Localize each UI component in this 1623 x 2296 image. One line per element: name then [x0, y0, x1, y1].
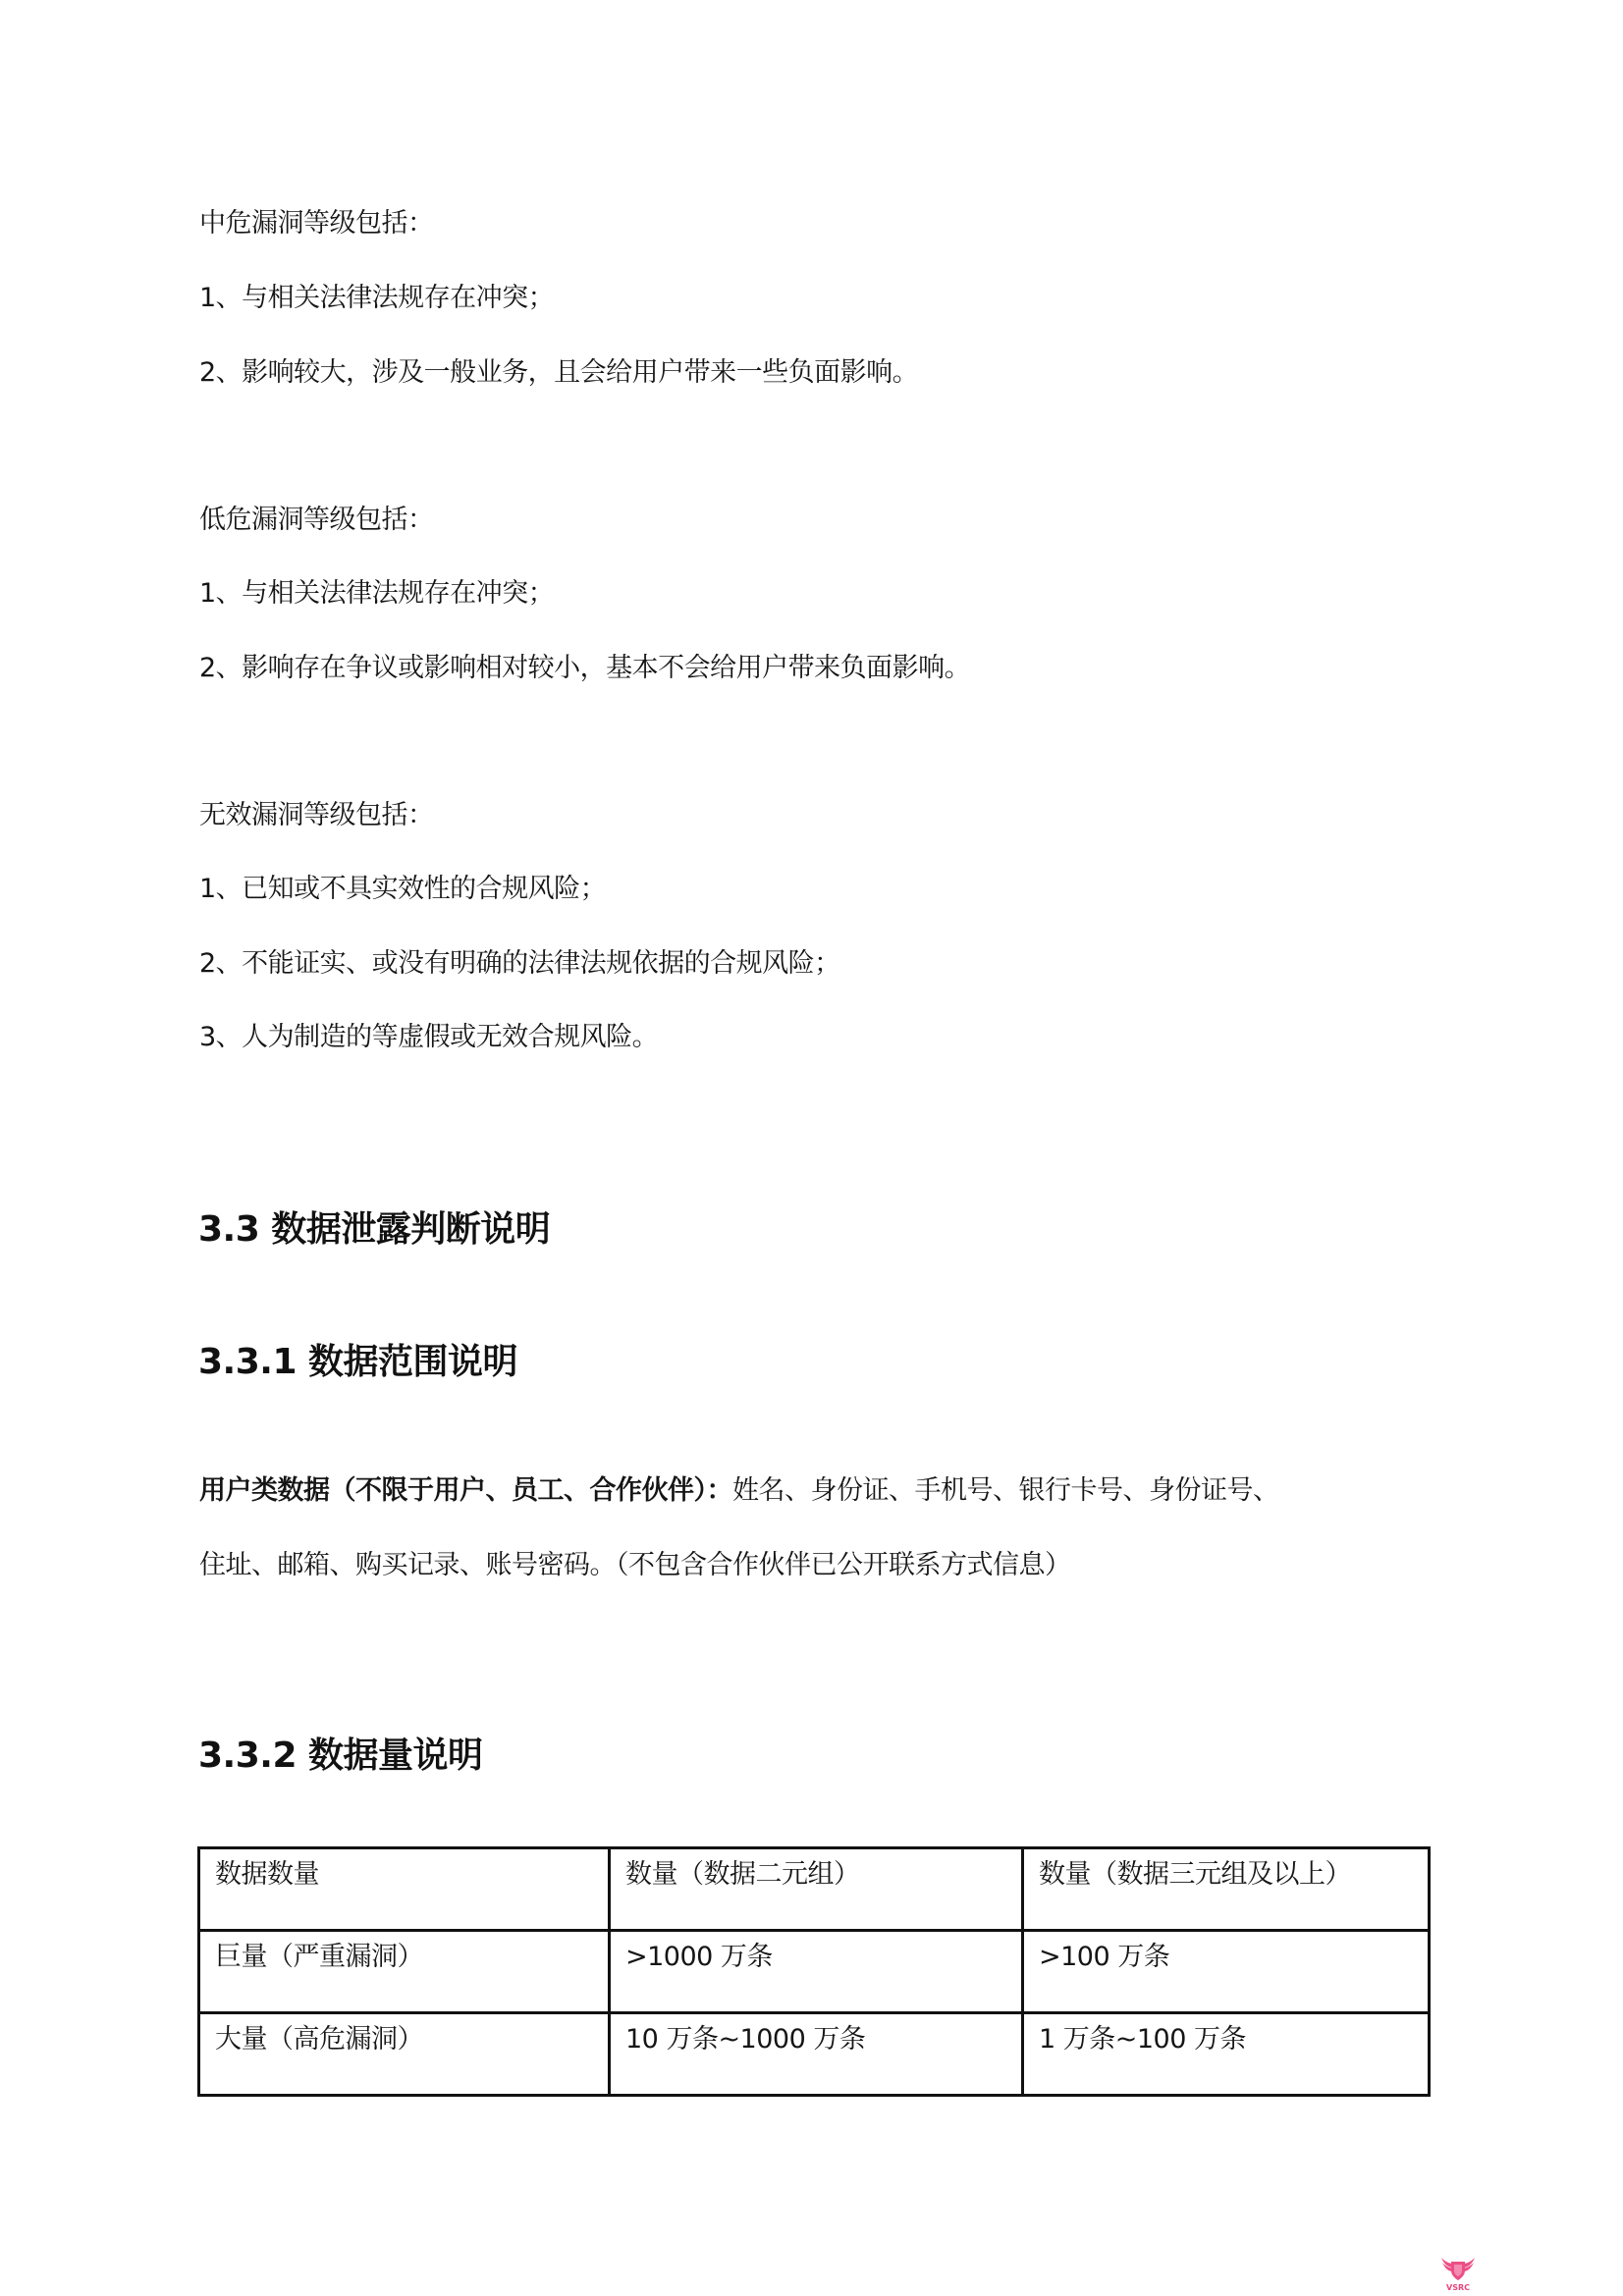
- table-header-cell: 数据数量: [199, 1848, 610, 1931]
- invalid-level-title: 无效漏洞等级包括：: [199, 800, 434, 831]
- invalid-level-item-2: 2、不能证实、或没有明确的法律法规依据的合规风险；: [199, 948, 840, 980]
- section-heading-3-3: 3.3 数据泄露判断说明: [198, 1209, 550, 1251]
- medium-level-title: 中危漏洞等级包括：: [199, 208, 434, 240]
- table-cell: 大量（高危漏洞）: [199, 2013, 610, 2096]
- table-header-cell: 数量（数据三元组及以上）: [1023, 1848, 1430, 1931]
- table-cell: >1000 万条: [610, 1931, 1023, 2013]
- document-page: 中危漏洞等级包括： 1、与相关法律法规存在冲突； 2、影响较大，涉及一般业务，且…: [0, 0, 1623, 2296]
- data-scope-label: 用户类数据（不限于用户、员工、合作伙伴）：: [199, 1475, 732, 1506]
- data-volume-table: 数据数量 数量（数据二元组） 数量（数据三元组及以上） 巨量（严重漏洞） >10…: [197, 1846, 1431, 2097]
- data-scope-items: 姓名、身份证、手机号、银行卡号、身份证号、: [732, 1475, 1279, 1506]
- table-row: 巨量（严重漏洞） >1000 万条 >100 万条: [199, 1931, 1430, 2013]
- section-heading-3-3-2: 3.3.2 数据量说明: [198, 1735, 483, 1777]
- data-scope-line-2: 住址、邮箱、购买记录、账号密码。（不包含合作伙伴已公开联系方式信息）: [199, 1550, 1071, 1581]
- invalid-level-item-1: 1、已知或不具实效性的合规风险；: [199, 874, 606, 905]
- low-level-item-1: 1、与相关法律法规存在冲突；: [199, 578, 554, 610]
- winged-shield-icon: [1439, 2254, 1477, 2283]
- section-heading-3-3-1: 3.3.1 数据范围说明: [198, 1342, 517, 1383]
- table-cell: >100 万条: [1023, 1931, 1430, 2013]
- medium-level-item-2: 2、影响较大，涉及一般业务，且会给用户带来一些负面影响。: [199, 357, 918, 389]
- table-cell: 10 万条~1000 万条: [610, 2013, 1023, 2096]
- low-level-title: 低危漏洞等级包括：: [199, 505, 434, 536]
- table-header-row: 数据数量 数量（数据二元组） 数量（数据三元组及以上）: [199, 1848, 1430, 1931]
- medium-level-item-1: 1、与相关法律法规存在冲突；: [199, 283, 554, 314]
- table-row: 大量（高危漏洞） 10 万条~1000 万条 1 万条~100 万条: [199, 2013, 1430, 2096]
- vsrc-logo: VSRC: [1439, 2254, 1477, 2293]
- table-header-cell: 数量（数据二元组）: [610, 1848, 1023, 1931]
- invalid-level-item-3: 3、人为制造的等虚假或无效合规风险。: [199, 1022, 658, 1053]
- logo-text: VSRC: [1439, 2283, 1477, 2292]
- low-level-item-2: 2、影响存在争议或影响相对较小，基本不会给用户带来负面影响。: [199, 653, 970, 684]
- table-cell: 1 万条~100 万条: [1023, 2013, 1430, 2096]
- table-cell: 巨量（严重漏洞）: [199, 1931, 610, 2013]
- data-scope-line-1: 用户类数据（不限于用户、员工、合作伙伴）：姓名、身份证、手机号、银行卡号、身份证…: [199, 1475, 1279, 1507]
